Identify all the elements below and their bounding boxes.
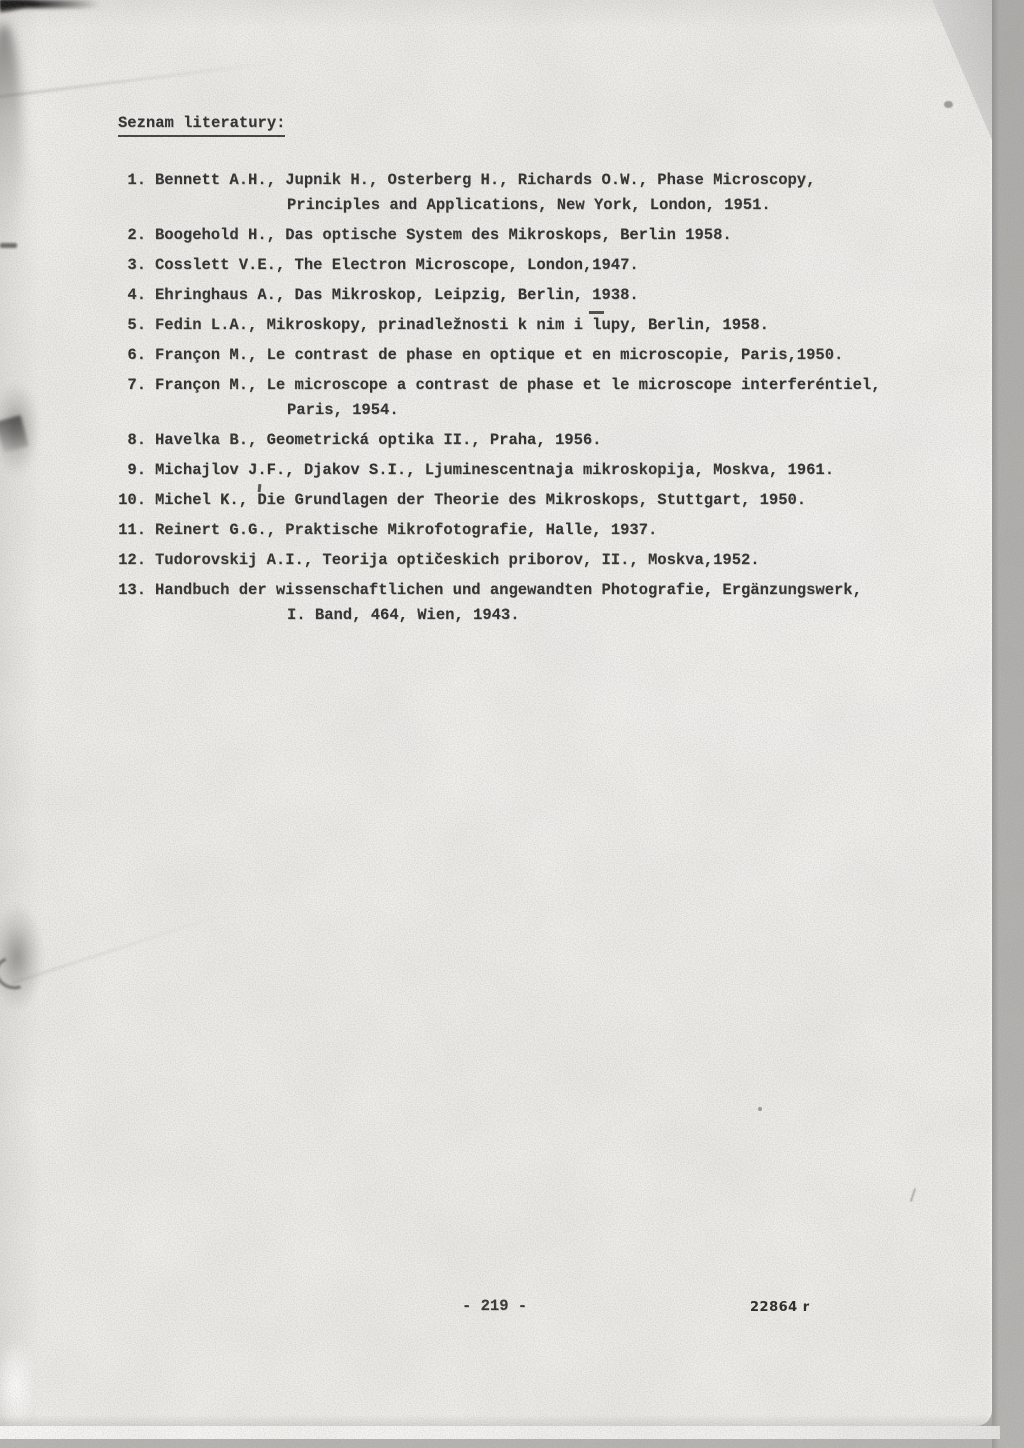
reference-line: Bennett A.H., Jupnik H., Osterberg H., R… <box>155 168 815 193</box>
paper-crease <box>12 909 236 984</box>
binding-mark-top <box>0 382 40 476</box>
reference-line: Boogehold H., Das optische System des Mi… <box>155 223 732 248</box>
reference-line: Françon M., Le contrast de phase en opti… <box>155 343 843 368</box>
reference-number: 13. <box>118 578 146 628</box>
reference-item: 3.Cosslett V.E., The Electron Microscope… <box>118 253 982 278</box>
page-number: - 219 - <box>462 1297 527 1315</box>
archive-stamp: 22864 r <box>750 1300 810 1315</box>
reference-number: 9. <box>118 458 146 483</box>
reference-item: 10.Michel K., Die Grundlagen der Theorie… <box>118 488 982 513</box>
reference-line: Ehringhaus A., Das Mikroskop, Leipzig, B… <box>155 283 639 308</box>
reference-number: 11. <box>118 518 146 543</box>
reference-item: 11.Reinert G.G., Praktische Mikrofotogra… <box>118 518 982 543</box>
reference-text: Bennett A.H., Jupnik H., Osterberg H., R… <box>155 168 815 218</box>
reference-item: 7.Françon M., Le microscope a contrast d… <box>118 373 982 423</box>
reference-item: 12.Tudorovskij A.I., Teorija optičeskich… <box>118 548 982 573</box>
reference-line: Tudorovskij A.I., Teorija optičeskich pr… <box>155 548 760 573</box>
reference-number: 12. <box>118 548 146 573</box>
sheet-below-edge <box>0 1426 1000 1439</box>
paper-sheet: Seznam literatury: 1.Bennett A.H., Jupni… <box>0 0 992 1426</box>
reference-line: Principles and Applications, New York, L… <box>287 193 815 218</box>
reference-item: 9.Michajlov J.F., Djakov S.I., Ljuminesc… <box>118 458 982 483</box>
reference-line: Havelka B., Geometrická optika II., Prah… <box>155 428 601 453</box>
reference-item: 1.Bennett A.H., Jupnik H., Osterberg H.,… <box>118 168 982 218</box>
reference-line: Michajlov J.F., Djakov S.I., Ljuminescen… <box>155 458 834 483</box>
reference-line: I. Band, 464, Wien, 1943. <box>287 603 862 628</box>
page-title-text: Seznam literatury: <box>118 114 285 137</box>
reference-item: 5.Fedin L.A., Mikroskopy, prinadležnosti… <box>118 313 982 338</box>
page-title: Seznam literatury: <box>118 114 982 132</box>
scanned-page: Seznam literatury: 1.Bennett A.H., Jupni… <box>0 0 1024 1448</box>
binding-mark-bottom <box>0 903 44 1011</box>
reference-number: 10. <box>118 488 146 513</box>
reference-number: 1. <box>118 168 146 218</box>
edge-mark <box>0 243 17 248</box>
page-bottom-shadow <box>0 1415 992 1426</box>
reference-item: 13.Handbuch der wissenschaftlichen und a… <box>118 578 982 628</box>
reference-text: Françon M., Le contrast de phase en opti… <box>155 343 843 368</box>
reference-line: Fedin L.A., Mikroskopy, prinadležnosti k… <box>155 313 769 338</box>
reference-line: Cosslett V.E., The Electron Microscope, … <box>155 253 639 278</box>
reference-text: Boogehold H., Das optische System des Mi… <box>155 223 732 248</box>
reference-text: Michajlov J.F., Djakov S.I., Ljuminescen… <box>155 458 834 483</box>
reference-item: 6.Françon M., Le contrast de phase en op… <box>118 343 982 368</box>
page-edge-shadow <box>992 0 999 1448</box>
reference-number: 6. <box>118 343 146 368</box>
reference-text: Handbuch der wissenschaftlichen und ange… <box>155 578 862 628</box>
reference-text: Fedin L.A., Mikroskopy, prinadležnosti k… <box>155 313 769 338</box>
document-text: Seznam literatury: 1.Bennett A.H., Jupni… <box>118 114 982 633</box>
speck <box>758 1107 762 1111</box>
reference-item: 8.Havelka B., Geometrická optika II., Pr… <box>118 428 982 453</box>
reference-number: 8. <box>118 428 146 453</box>
reference-number: 3. <box>118 253 146 278</box>
reference-line: Handbuch der wissenschaftlichen und ange… <box>155 578 862 603</box>
reference-text: Havelka B., Geometrická optika II., Prah… <box>155 428 601 453</box>
edge-smear <box>0 24 22 259</box>
reference-text: Reinert G.G., Praktische Mikrofotografie… <box>155 518 657 543</box>
reference-line: Paris, 1954. <box>287 398 881 423</box>
reference-text: Michel K., Die Grundlagen der Theorie de… <box>155 488 806 513</box>
speck <box>944 101 953 108</box>
corner-mark <box>0 0 90 42</box>
reference-number: 5. <box>118 313 146 338</box>
reference-text: Cosslett V.E., The Electron Microscope, … <box>155 253 639 278</box>
reference-line: Reinert G.G., Praktische Mikrofotografie… <box>155 518 657 543</box>
reference-number: 4. <box>118 283 146 308</box>
reference-number: 7. <box>118 373 146 423</box>
reference-text: Tudorovskij A.I., Teorija optičeskich pr… <box>155 548 760 573</box>
reference-text: Françon M., Le microscope a contrast de … <box>155 373 881 423</box>
reference-line: Françon M., Le microscope a contrast de … <box>155 373 881 398</box>
reference-list: 1.Bennett A.H., Jupnik H., Osterberg H.,… <box>118 168 982 628</box>
reference-line: Michel K., Die Grundlagen der Theorie de… <box>155 488 806 513</box>
reference-item: 4.Ehringhaus A., Das Mikroskop, Leipzig,… <box>118 283 982 308</box>
reference-number: 2. <box>118 223 146 248</box>
reference-text: Ehringhaus A., Das Mikroskop, Leipzig, B… <box>155 283 639 308</box>
reference-item: 2.Boogehold H., Das optische System des … <box>118 223 982 248</box>
paper-crease <box>0 61 284 98</box>
speck <box>910 1188 916 1202</box>
